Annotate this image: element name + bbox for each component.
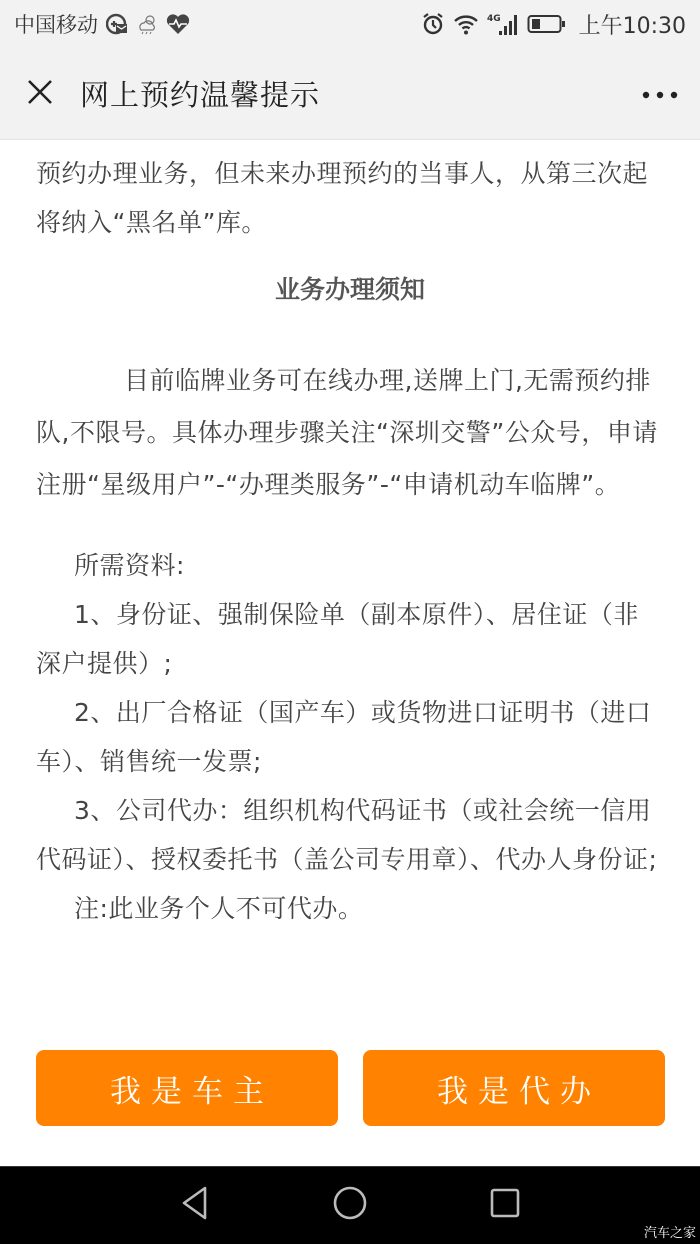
nav-bar: 网上预约温馨提示 [0, 48, 700, 140]
clock-time: 上午10:30 [579, 9, 686, 40]
wifi-icon [453, 13, 479, 35]
battery-icon [527, 13, 567, 35]
action-buttons: 我是车主 我是代办 [36, 1050, 665, 1126]
recents-icon [489, 1187, 521, 1223]
back-icon [179, 1185, 211, 1225]
watermark: 汽车之家 [644, 1222, 696, 1241]
intro-paragraph: 目前临牌业务可在线办理,送牌上门,无需预约排队,不限号。具体办理步骤关注“深圳交… [36, 355, 664, 511]
more-button[interactable] [620, 48, 700, 140]
requirement-item: 1、身份证、强制保险单（副本原件）、居住证（非深户提供）; [36, 590, 664, 688]
health-icon [166, 13, 190, 35]
content-area[interactable]: 预约办理业务，但未来办理预约的当事人，从第三次起将纳入“黑名单”库。 业务办理须… [0, 140, 700, 1166]
note-text: 注:此业务个人不可代办。 [36, 884, 664, 933]
section-title: 业务办理须知 [36, 269, 664, 311]
more-icon [642, 84, 678, 103]
status-bar: 中国移动 4G 上午10:30 [0, 0, 700, 48]
alarm-icon [421, 12, 445, 36]
status-right: 4G 上午10:30 [421, 9, 686, 40]
back-button[interactable] [175, 1185, 215, 1225]
carrier-name: 中国移动 [14, 9, 98, 39]
close-button[interactable] [0, 48, 80, 140]
close-icon [26, 78, 54, 110]
home-icon [332, 1185, 368, 1225]
requirement-item: 2、出厂合格证（国产车）或货物进口证明书（进口车）、销售统一发票; [36, 688, 664, 786]
requirements-label: 所需资料: [36, 541, 664, 590]
home-button[interactable] [330, 1185, 370, 1225]
recents-button[interactable] [485, 1185, 525, 1225]
system-nav-bar: 汽车之家 [0, 1166, 700, 1244]
blacklist-paragraph: 预约办理业务，但未来办理预约的当事人，从第三次起将纳入“黑名单”库。 [36, 149, 664, 247]
notification-icon [106, 13, 128, 35]
requirement-item: 3、公司代办：组织机构代码证书（或社会统一信用代码证）、授权委托书（盖公司专用章… [36, 786, 664, 884]
svg-text:4G: 4G [487, 14, 501, 24]
signal-4g-icon: 4G [487, 12, 519, 36]
page-title: 网上预约温馨提示 [80, 73, 620, 114]
owner-button[interactable]: 我是车主 [36, 1050, 338, 1126]
weather-icon [136, 13, 158, 35]
agent-button[interactable]: 我是代办 [363, 1050, 665, 1126]
status-left: 中国移动 [14, 9, 190, 39]
